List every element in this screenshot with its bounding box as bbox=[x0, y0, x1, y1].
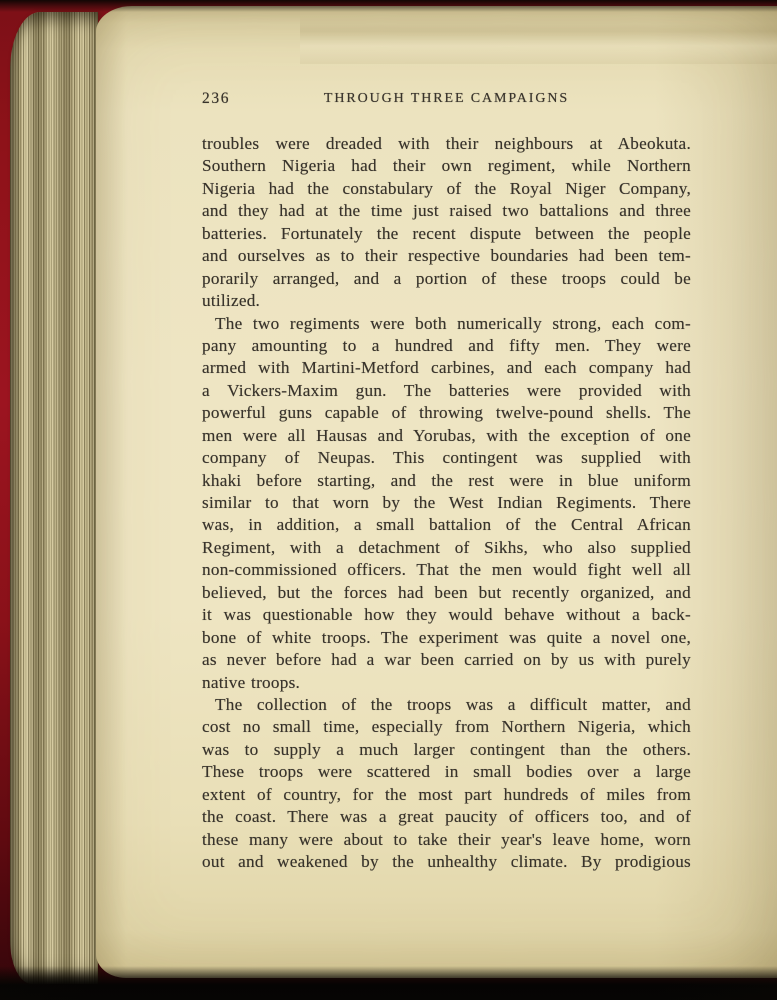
text-line: similar to that worn by the West Indian … bbox=[202, 492, 691, 514]
text-line: powerful guns capable of throwing twelve… bbox=[202, 402, 691, 424]
text-line: was, in addition, a small battalion of t… bbox=[202, 514, 691, 536]
text-line: armed with Martini-Metford carbines, and… bbox=[202, 357, 691, 379]
running-title: THROUGH THREE CAMPAIGNS bbox=[202, 91, 691, 107]
text-line: company of Neupas. This contingent was s… bbox=[202, 447, 691, 469]
text-line: cost no small time, especially from Nort… bbox=[202, 716, 691, 738]
text-line: Southern Nigeria had their own regiment,… bbox=[202, 155, 691, 177]
running-head: 236 THROUGH THREE CAMPAIGNS bbox=[202, 90, 691, 110]
paragraph: The two regiments were both numerically … bbox=[202, 313, 691, 694]
text-line: porarily arranged, and a portion of thes… bbox=[202, 268, 691, 290]
text-line: pany amounting to a hundred and fifty me… bbox=[202, 335, 691, 357]
text-line: Nigeria had the constabulary of the Roya… bbox=[202, 178, 691, 200]
text-line: khaki before starting, and the rest were… bbox=[202, 470, 691, 492]
paragraph: troubles were dreaded with their neighbo… bbox=[202, 133, 691, 313]
text-line: a Vickers-Maxim gun. The batteries were … bbox=[202, 380, 691, 402]
text-line: these many were about to take their year… bbox=[202, 829, 691, 851]
bottom-edge-shadow bbox=[0, 966, 777, 1000]
text-line: the coast. There was a great paucity of … bbox=[202, 806, 691, 828]
book-photo: 236 THROUGH THREE CAMPAIGNS troubles wer… bbox=[0, 0, 777, 1000]
paragraph: The collection of the troops was a diffi… bbox=[202, 694, 691, 874]
text-line: it was questionable how they would behav… bbox=[202, 604, 691, 626]
text-line: and ourselves as to their respective bou… bbox=[202, 245, 691, 267]
text-line: The collection of the troops was a diffi… bbox=[202, 694, 691, 716]
book-page: 236 THROUGH THREE CAMPAIGNS troubles wer… bbox=[96, 6, 777, 978]
text-line: native troops. bbox=[202, 672, 691, 694]
text-line: troubles were dreaded with their neighbo… bbox=[202, 133, 691, 155]
text-line: believed, but the forces had been but re… bbox=[202, 582, 691, 604]
page-edge-stack bbox=[10, 12, 98, 984]
text-line: bone of white troops. The experiment was… bbox=[202, 627, 691, 649]
page-text: troubles were dreaded with their neighbo… bbox=[202, 133, 691, 873]
text-line: extent of country, for the most part hun… bbox=[202, 784, 691, 806]
text-line: These troops were scattered in small bod… bbox=[202, 761, 691, 783]
text-line: men were all Hausas and Yorubas, with th… bbox=[202, 425, 691, 447]
text-line: Regiment, with a detachment of Sikhs, wh… bbox=[202, 537, 691, 559]
text-line: utilized. bbox=[202, 290, 691, 312]
text-line: The two regiments were both numerically … bbox=[202, 313, 691, 335]
text-line: and they had at the time just raised two… bbox=[202, 200, 691, 222]
text-line: was to supply a much larger contingent t… bbox=[202, 739, 691, 761]
text-line: as never before had a war been carried o… bbox=[202, 649, 691, 671]
text-line: out and weakened by the unhealthy climat… bbox=[202, 851, 691, 873]
text-line: non-commissioned officers. That the men … bbox=[202, 559, 691, 581]
top-edge-shadow bbox=[0, 0, 777, 12]
text-line: batteries. Fortunately the recent disput… bbox=[202, 223, 691, 245]
